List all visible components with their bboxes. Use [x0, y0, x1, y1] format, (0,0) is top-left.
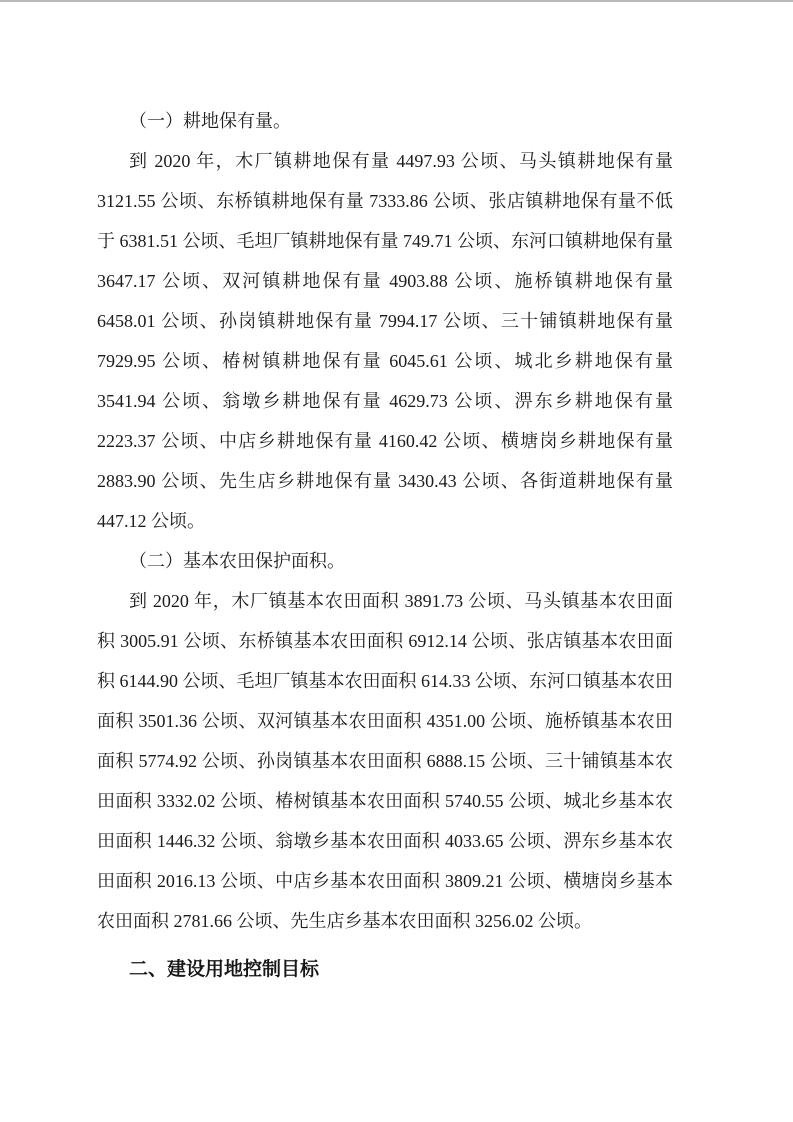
document-page: （一）耕地保有量。 到 2020 年，木厂镇耕地保有量 4497.93 公顷、马… — [0, 0, 793, 1122]
subsection-heading-cultivated-land-retention: （一）耕地保有量。 — [97, 101, 673, 141]
section-heading-construction-land-control-targets: 二、建设用地控制目标 — [97, 950, 673, 990]
paragraph-cultivated-land-retention-targets: 到 2020 年，木厂镇耕地保有量 4497.93 公顷、马头镇耕地保有量 31… — [97, 141, 673, 541]
paragraph-basic-farmland-protection-targets: 到 2020 年，木厂镇基本农田面积 3891.73 公顷、马头镇基本农田面积 … — [97, 581, 673, 941]
document-body: （一）耕地保有量。 到 2020 年，木厂镇耕地保有量 4497.93 公顷、马… — [97, 101, 673, 990]
subsection-heading-basic-farmland-protection-area: （二）基本农田保护面积。 — [97, 541, 673, 581]
